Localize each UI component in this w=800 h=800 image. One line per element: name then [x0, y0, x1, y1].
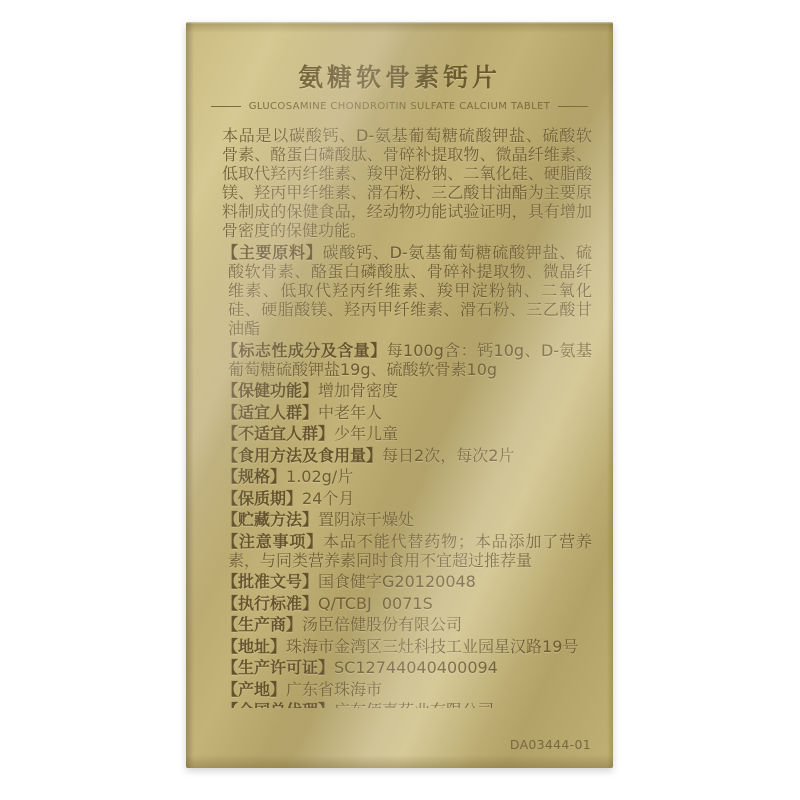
field-row: 【执行标准】Q/TCBJ 0071S: [222, 594, 592, 613]
product-subtitle-text: GLUCOSAMINE CHONDROITIN SULFATE CALCIUM …: [249, 101, 551, 112]
field-row: 【地址】珠海市金湾区三灶科技工业园星汉路19号: [222, 637, 592, 656]
field-label: 【保质期】: [222, 489, 302, 508]
field-row: 【全国总代理】广东佰嘉药业有限公司: [222, 701, 592, 708]
field-row: 【生产商】汤臣倍健股份有限公司: [222, 615, 592, 634]
field-label: 【保健功能】: [222, 381, 318, 400]
field-value: 24个月: [302, 489, 354, 508]
field-label: 【生产商】: [222, 615, 302, 634]
field-label: 【规格】: [222, 467, 286, 486]
field-row: 【批准文号】国食健字G20120048: [222, 572, 592, 591]
field-label: 【贮藏方法】: [222, 510, 318, 529]
field-label: 【执行标准】: [222, 594, 318, 613]
field-value: 每日2次，每次2片: [382, 446, 514, 465]
field-value: 1.02g/片: [286, 467, 353, 486]
field-value: 中老年人: [318, 403, 382, 422]
field-value: 汤臣倍健股份有限公司: [302, 615, 462, 634]
field-row: 【规格】1.02g/片: [222, 467, 592, 486]
field-row: 【贮藏方法】置阴凉干燥处: [222, 510, 592, 529]
field-row: 【适宜人群】中老年人: [222, 403, 592, 422]
field-label: 【不适宜人群】: [222, 424, 334, 443]
subtitle-dash-left: [211, 106, 241, 107]
field-row: 【生产许可证】SC12744040400094: [222, 658, 592, 677]
field-label: 【产地】: [222, 680, 286, 699]
field-label: 【生产许可证】: [222, 658, 334, 677]
field-label: 【全国总代理】: [222, 701, 334, 708]
label-content: 本品是以碳酸钙、D-氨基葡萄糖硫酸钾盐、硫酸软骨素、酪蛋白磷酸肽、骨碎补提取物、…: [186, 112, 613, 708]
field-value: 广东佰嘉药业有限公司: [334, 701, 494, 708]
field-row: 【食用方法及食用量】每日2次，每次2片: [222, 446, 592, 465]
field-row: 【注意事项】本品不能代替药物；本品添加了营养素，与同类营养素同时食用不宜超过推荐…: [222, 532, 592, 570]
field-value: 少年儿童: [334, 424, 398, 443]
field-value: 置阴凉干燥处: [318, 510, 414, 529]
product-label-panel: 氨糖软骨素钙片 GLUCOSAMINE CHONDROITIN SULFATE …: [186, 22, 613, 768]
field-value: 广东省珠海市: [286, 680, 382, 699]
field-label: 【注意事项】: [222, 532, 323, 551]
field-value: 珠海市金湾区三灶科技工业园星汉路19号: [286, 637, 578, 656]
field-row: 【不适宜人群】少年儿童: [222, 424, 592, 443]
field-label: 【适宜人群】: [222, 403, 318, 422]
product-title: 氨糖软骨素钙片: [186, 58, 613, 94]
field-row: 【标志性成分及含量】每100g含：钙10g、D-氨基葡萄糖硫酸钾盐19g、硫酸软…: [222, 341, 592, 379]
field-row: 【产地】广东省珠海市: [222, 680, 592, 699]
field-label: 【批准文号】: [222, 572, 318, 591]
field-value: 增加骨密度: [318, 381, 398, 400]
field-list: 【主要原料】碳酸钙、D-氨基葡萄糖硫酸钾盐、硫酸软骨素、酪蛋白磷酸肽、骨碎补提取…: [222, 243, 592, 708]
product-subtitle: GLUCOSAMINE CHONDROITIN SULFATE CALCIUM …: [186, 101, 613, 112]
field-value: Q/TCBJ 0071S: [318, 594, 433, 613]
field-row: 【保健功能】增加骨密度: [222, 381, 592, 400]
subtitle-dash-right: [558, 106, 588, 107]
product-description: 本品是以碳酸钙、D-氨基葡萄糖硫酸钾盐、硫酸软骨素、酪蛋白磷酸肽、骨碎补提取物、…: [222, 126, 592, 240]
field-label: 【地址】: [222, 637, 286, 656]
field-row: 【主要原料】碳酸钙、D-氨基葡萄糖硫酸钾盐、硫酸软骨素、酪蛋白磷酸肽、骨碎补提取…: [222, 243, 592, 338]
field-label: 【主要原料】: [222, 243, 323, 262]
field-value: 国食健字G20120048: [318, 572, 476, 591]
field-label: 【标志性成分及含量】: [222, 341, 387, 360]
label-header: 氨糖软骨素钙片 GLUCOSAMINE CHONDROITIN SULFATE …: [186, 22, 613, 112]
field-value: SC12744040400094: [334, 658, 498, 677]
batch-code: DA03444-01: [510, 737, 591, 752]
field-label: 【食用方法及食用量】: [222, 446, 382, 465]
field-row: 【保质期】24个月: [222, 489, 592, 508]
